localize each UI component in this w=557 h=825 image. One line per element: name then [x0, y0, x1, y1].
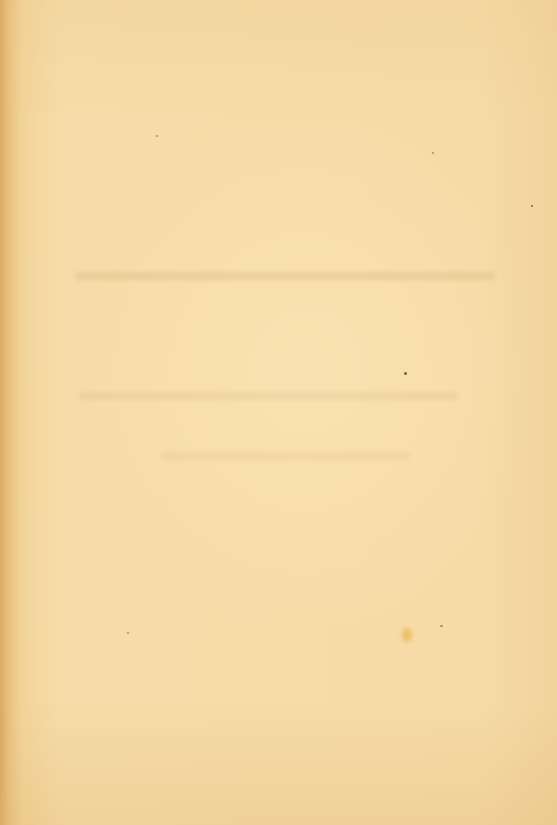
paper-stain: [402, 628, 412, 642]
paper-speck: [127, 632, 129, 634]
bleed-through-line: [78, 392, 458, 400]
blank-aged-page: [0, 0, 557, 825]
bleed-through-line: [160, 452, 410, 460]
paper-speck: [156, 135, 158, 137]
paper-speck: [432, 152, 434, 154]
paper-speck: [440, 625, 443, 627]
paper-speck: [404, 372, 407, 375]
paper-speck: [531, 205, 533, 207]
bleed-through-line: [75, 272, 495, 280]
